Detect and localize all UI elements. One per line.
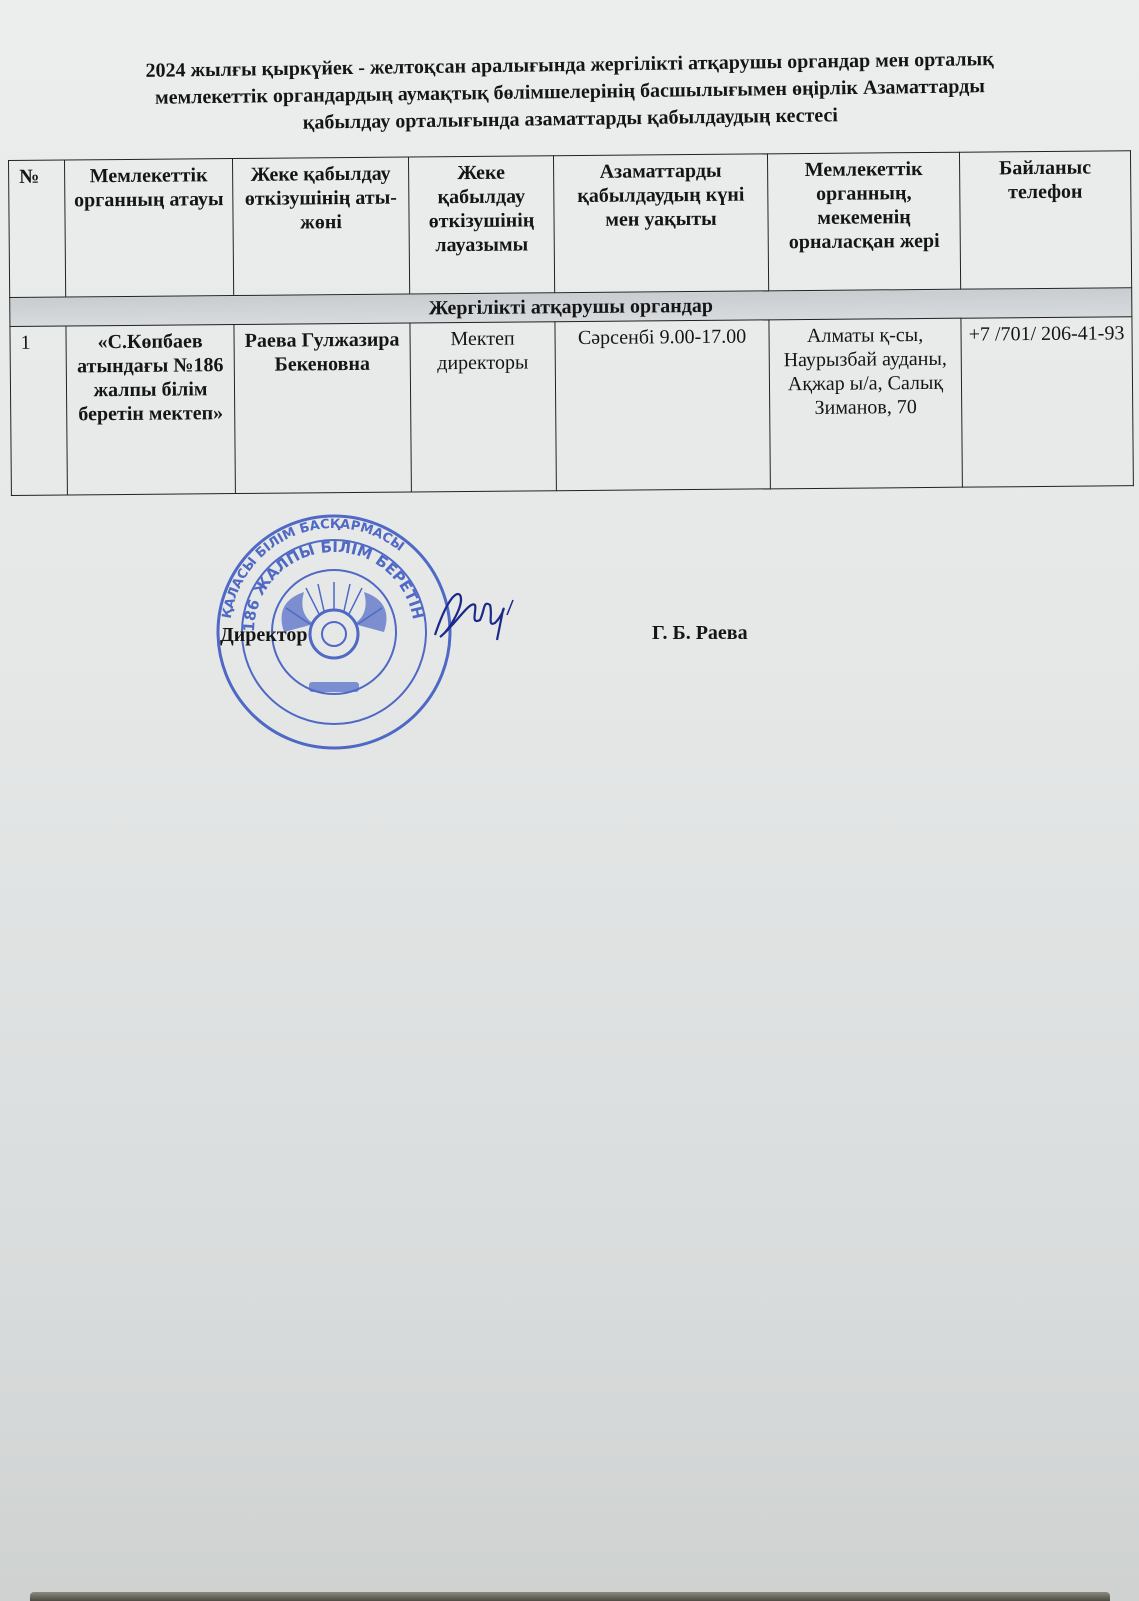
signature-icon bbox=[425, 585, 525, 645]
header-person-name: Жеке қабылдау өткізушінің аты-жөні bbox=[232, 157, 409, 296]
table-row: 1 «С.Көпбаев атындағы №186 жалпы білім б… bbox=[10, 317, 1133, 496]
schedule-table-container: № Мемлекеттік органның атауы Жеке қабылд… bbox=[8, 150, 1133, 496]
header-organ-name: Мемлекеттік органның атауы bbox=[65, 159, 234, 297]
page-title: 2024 жылғы қыркүйек - желтоқсан аралығын… bbox=[29, 44, 1110, 140]
header-number: № bbox=[9, 160, 66, 297]
director-name: Г. Б. Раева bbox=[652, 622, 748, 645]
schedule-table: № Мемлекеттік органның атауы Жеке қабылд… bbox=[8, 150, 1134, 496]
page-bottom-edge bbox=[30, 1592, 1110, 1601]
cell-address: Алматы қ-сы, Наурызбай ауданы, Ақжар ы/а… bbox=[769, 318, 962, 489]
header-schedule: Азаматтарды қабылдаудың күні мен уақыты bbox=[553, 154, 768, 293]
cell-position: Мектеп директоры bbox=[410, 322, 556, 492]
header-phone: Байланыс телефон bbox=[959, 151, 1131, 289]
header-person-position: Жеке қабылдау өткізушінің лауазымы bbox=[408, 156, 554, 294]
cell-organ: «С.Көпбаев атындағы №186 жалпы білім бер… bbox=[66, 325, 235, 495]
table-header-row: № Мемлекеттік органның атауы Жеке қабылд… bbox=[9, 151, 1132, 298]
cell-number: 1 bbox=[10, 326, 67, 495]
header-address: Мемлекеттік органның, мекеменің орналасқ… bbox=[767, 152, 960, 291]
director-label: Директор bbox=[220, 624, 308, 647]
cell-person: Раева Гулжазира Бекеновна bbox=[234, 323, 411, 494]
cell-phone: +7 /701/ 206-41-93 bbox=[961, 317, 1133, 487]
cell-schedule: Сәрсенбі 9.00-17.00 bbox=[555, 320, 770, 491]
